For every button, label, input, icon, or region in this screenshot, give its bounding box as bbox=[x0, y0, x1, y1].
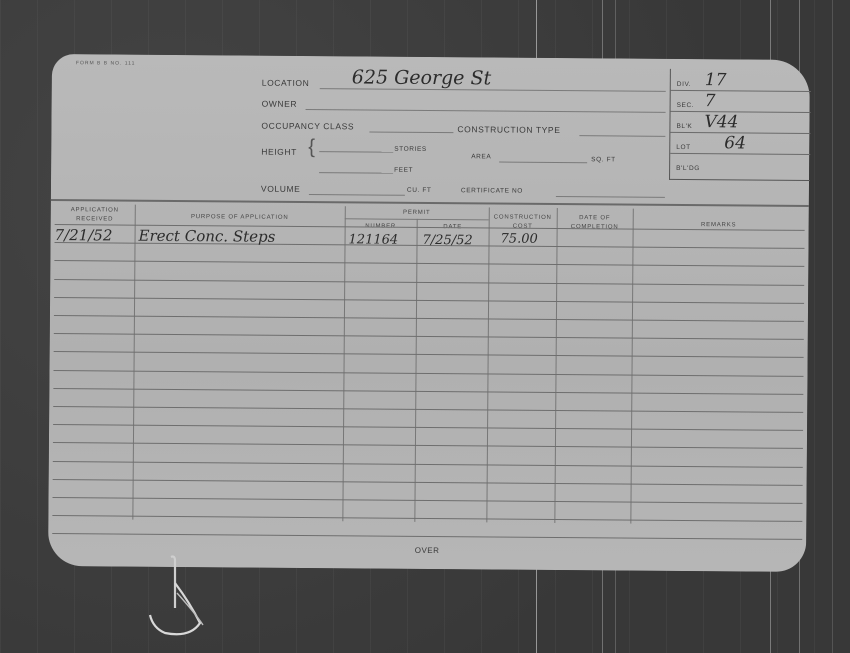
sq-ft-label: SQ. FT bbox=[591, 156, 616, 163]
row-rule bbox=[52, 533, 802, 540]
row-rule bbox=[54, 351, 804, 358]
paper-clip-icon bbox=[145, 553, 215, 643]
location-label: LOCATION bbox=[262, 78, 310, 88]
col-construction-cost: CONSTRUCTION COST bbox=[489, 213, 557, 232]
owner-label: OWNER bbox=[262, 99, 298, 109]
cu-ft-label: CU. FT bbox=[407, 187, 432, 194]
row-rule bbox=[53, 479, 803, 486]
div-label: DIV. bbox=[677, 81, 692, 88]
cell-construction-cost: 75.00 bbox=[501, 232, 538, 247]
form-number: FORM B B NO. 111 bbox=[76, 60, 135, 66]
row-rule bbox=[54, 370, 804, 377]
row-rule bbox=[53, 461, 803, 468]
row-rule bbox=[54, 260, 804, 267]
construction-type-label: CONSTRUCTION TYPE bbox=[457, 124, 560, 135]
row-rule bbox=[52, 515, 802, 522]
col-app-received: APPLICATION RECEIVED bbox=[55, 206, 135, 225]
cell-permit-number: 121164 bbox=[348, 232, 398, 247]
row-rule bbox=[53, 406, 803, 413]
row-rule bbox=[53, 442, 803, 449]
occupancy-class-label: OCCUPANCY CLASS bbox=[261, 121, 354, 132]
row-rule bbox=[54, 279, 804, 286]
table-row: 7/21/52 Erect Conc. Steps 121164 7/25/52… bbox=[52, 54, 810, 60]
cell-purpose: Erect Conc. Steps bbox=[139, 227, 276, 246]
cell-app-received: 7/21/52 bbox=[55, 226, 113, 244]
row-rule bbox=[54, 297, 804, 304]
permit-record-card: FORM B B NO. 111 LOCATION 625 George St … bbox=[48, 54, 810, 572]
sec-label: SEC. bbox=[677, 102, 695, 109]
cell-permit-date: 7/25/52 bbox=[422, 233, 472, 248]
row-rule bbox=[54, 333, 804, 340]
stories-label: STORIES bbox=[394, 146, 427, 153]
col-permit: PERMIT bbox=[345, 208, 489, 218]
blk-value: V44 bbox=[704, 112, 738, 132]
height-label: HEIGHT bbox=[261, 147, 297, 157]
feet-label: FEET bbox=[394, 167, 413, 174]
area-label: AREA bbox=[471, 153, 491, 160]
col-purpose: PURPOSE OF APPLICATION bbox=[135, 213, 345, 224]
lot-value: 64 bbox=[724, 133, 746, 153]
col-completion: DATE OF COMPLETION bbox=[557, 214, 633, 233]
bldg-label: B'L'DG bbox=[676, 165, 700, 172]
sec-value: 7 bbox=[705, 91, 716, 111]
volume-label: VOLUME bbox=[261, 184, 301, 194]
blk-label: BL'K bbox=[676, 123, 692, 130]
row-rule bbox=[53, 388, 803, 395]
height-brace: { bbox=[308, 136, 315, 159]
row-rule bbox=[53, 497, 803, 504]
parcel-box: DIV. 17 SEC. 7 BL'K V44 LOT 64 B'L'DG bbox=[669, 69, 811, 181]
certificate-no-label: CERTIFICATE NO bbox=[461, 187, 523, 194]
row-rule bbox=[53, 424, 803, 431]
permit-table-rows bbox=[52, 54, 810, 60]
row-rule bbox=[54, 315, 804, 322]
div-value: 17 bbox=[705, 70, 727, 90]
lot-label: LOT bbox=[676, 144, 691, 151]
location-value: 625 George St bbox=[352, 66, 492, 89]
